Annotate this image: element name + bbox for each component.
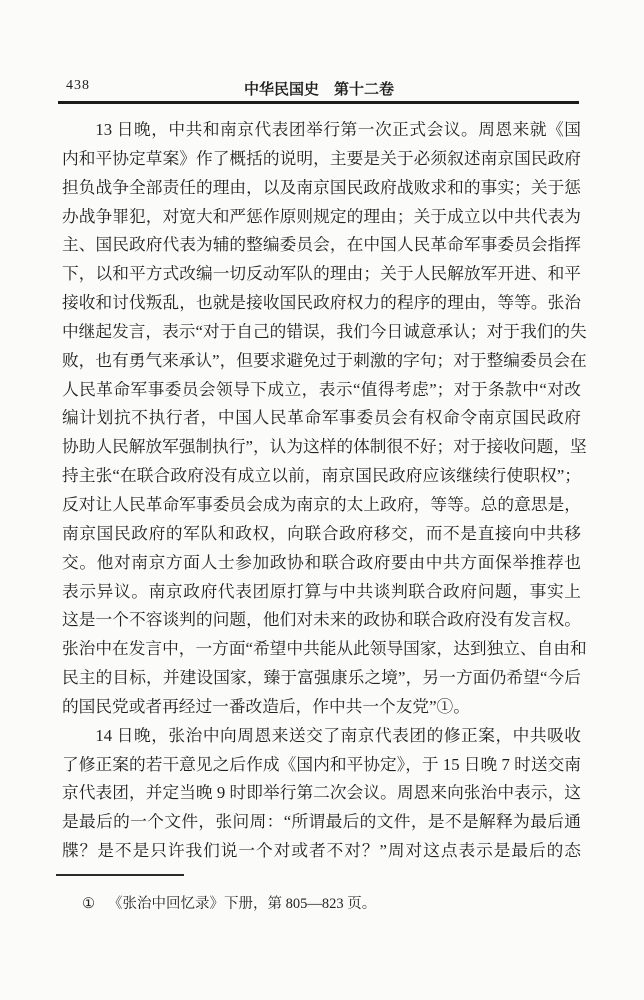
footnote-text: 《张治中回忆录》下册，第 805—823 页。 bbox=[108, 896, 376, 912]
text-line: 13 日晚，中共和南京代表团举行第一次正式会议。周恩来就《国 bbox=[62, 116, 581, 145]
text-line: 的国民党或者再经过一番改造后，作中共一个友党”①。 bbox=[62, 693, 581, 722]
text-line: 了修正案的若干意见之后作成《国内和平协定》，于 15 日晚 7 时送交南 bbox=[62, 751, 581, 780]
running-title: 中华民国史 第十二卷 bbox=[58, 78, 580, 99]
text-line: 败，也有勇气来承认”，但要求避免过于刺激的字句；对于整编委员会在 bbox=[62, 347, 581, 376]
text-line: 持主张“在联合政府没有成立以前，南京国民政府应该继续行使职权”； bbox=[62, 462, 581, 491]
text-line: 协助人民解放军强制执行”，认为这样的体制很不好；对于接收问题，坚 bbox=[62, 433, 581, 462]
text-line: 办战争罪犯，对宽大和严惩作原则规定的理由；关于成立以中共代表为 bbox=[62, 203, 581, 232]
text-line: 中继起发言，表示“对于自己的错误，我们今日诚意承认；对于我们的失 bbox=[62, 318, 581, 347]
header-rule bbox=[58, 101, 579, 104]
text-line: 牒？是不是只许我们说一个对或者不对？”周对这点表示是最后的态 bbox=[62, 837, 581, 866]
text-line: 是最后的一个文件，张问周：“所谓最后的文件，是不是解释为最后通 bbox=[62, 808, 581, 837]
text-line: 这是一个不容谈判的问题，他们对未来的政协和联合政府没有发言权。 bbox=[62, 606, 581, 635]
footnote-marker: ① bbox=[82, 896, 95, 912]
footnote: ①《张治中回忆录》下册，第 805—823 页。 bbox=[82, 893, 582, 915]
footnote-separator bbox=[56, 874, 184, 876]
book-page: 438 中华民国史 第十二卷 13 日晚，中共和南京代表团举行第一次正式会议。周… bbox=[0, 0, 644, 1000]
body-text: 13 日晚，中共和南京代表团举行第一次正式会议。周恩来就《国内和平协定草案》作了… bbox=[62, 116, 581, 866]
text-line: 张治中在发言中，一方面“希望中共能从此领导国家，达到独立、自由和 bbox=[62, 635, 581, 664]
text-line: 接收和讨伐叛乱，也就是接收国民政府权力的程序的理由，等等。张治 bbox=[62, 289, 581, 318]
text-line: 人民革命军事委员会领导下成立，表示“值得考虑”；对于条款中“对改 bbox=[62, 376, 581, 405]
text-line: 担负战争全部责任的理由，以及南京国民政府战败求和的事实；关于惩 bbox=[62, 174, 581, 203]
text-line: 下，以和平方式改编一切反动军队的理由；关于人民解放军开进、和平 bbox=[62, 260, 581, 289]
text-line: 反对让人民革命军事委员会成为南京的太上政府，等等。总的意思是， bbox=[62, 491, 581, 520]
text-line: 南京国民政府的军队和政权，向联合政府移交，而不是直接向中共移 bbox=[62, 520, 581, 549]
page-header: 438 中华民国史 第十二卷 bbox=[58, 78, 580, 98]
text-line: 表示异议。南京政府代表团原打算与中共谈判联合政府问题，事实上 bbox=[62, 578, 581, 607]
text-line: 内和平协定草案》作了概括的说明，主要是关于必须叙述南京国民政府 bbox=[62, 145, 581, 174]
text-line: 京代表团，并定当晚 9 时即举行第二次会议。周恩来向张治中表示，这 bbox=[62, 779, 581, 808]
text-line: 编计划抗不执行者，中国人民革命军事委员会有权命令南京国民政府 bbox=[62, 404, 581, 433]
text-line: 民主的目标，并建设国家，臻于富强康乐之境”，另一方面仍希望“今后 bbox=[62, 664, 581, 693]
text-line: 交。他对南京方面人士参加政协和联合政府要由中共方面保举推荐也 bbox=[62, 549, 581, 578]
text-line: 主、国民政府代表为辅的整编委员会，在中国人民革命军事委员会指挥 bbox=[62, 231, 581, 260]
text-line: 14 日晚，张治中向周恩来送交了南京代表团的修正案，中共吸收 bbox=[62, 722, 581, 751]
